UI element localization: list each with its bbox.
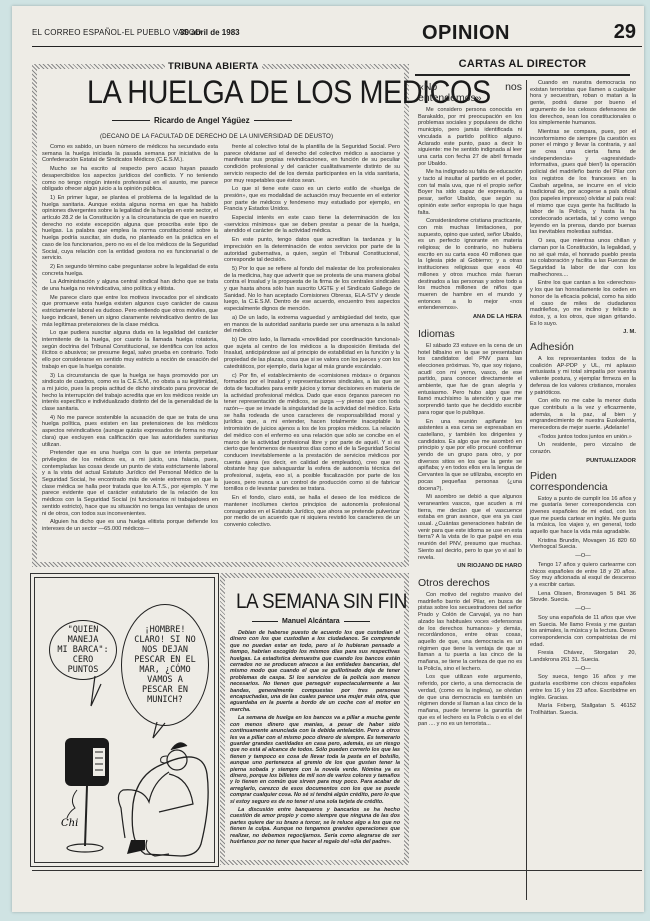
paragraph: Entre los que cantan a los «derechos» y … [530,280,636,327]
paragraph: Lena Olssen, Bronsvagen 5 841 36 Stovde.… [530,591,636,604]
paragraph: La semana de huelga en los bancos va a p… [230,715,400,805]
semana-body: Debían de haberse puesto de acuerdo los … [230,630,400,856]
paragraph: b) De otro lado, la llamada «movilidad p… [224,337,400,371]
paragraph: María Friberg, Stallgatan 5. 46152 Troll… [530,703,636,716]
tribuna-column-1: Como es sabido, un buen número de médico… [42,144,218,558]
paragraph: En una reunión apiñante los asistentes a… [418,419,522,493]
tribuna-byline: Ricardo de Angel Yágüez [112,116,292,125]
cartas-column-1: «No nos entendemos» Me considero persona… [418,80,522,902]
paragraph: 5) Por lo que se refiere al fondo del ma… [224,266,400,313]
separator: —O— [530,666,636,673]
masthead: EL CORREO ESPAÑOL-EL PUEBLO VASCO 30 abr… [32,20,642,47]
page-number: 29 [614,21,636,44]
paragraph: Estoy a punto de cumplir los 16 años y m… [530,496,636,536]
publication-date: 30 abril de 1983 [180,28,240,37]
author-name: Manuel Alcántara [282,618,340,625]
paragraph: La Administración y alguna central sindi… [42,279,218,292]
cartoonist-signature: Chi [61,818,78,829]
letter-signature: PUNTUALIZADOR [530,458,636,465]
paragraph: Me parece claro que entre los motivos in… [42,295,218,329]
paragraph: A los representantes todos de la coalici… [530,356,636,396]
letter-heading: Piden correspondencia [530,471,636,493]
paper-name: EL CORREO ESPAÑOL-EL PUEBLO VASCO [32,28,201,37]
paragraph: Kristina Brundin, Movagen 16 820 60 Vter… [530,538,636,551]
cartas-column-2: Cuando en nuestra democracia no existan … [530,80,636,902]
paragraph: Cuando en nuestra democracia no existan … [530,80,636,127]
paragraph: 1) En primer lugar, se plantea el proble… [42,195,218,262]
paragraph: Mi asombro se debió a que algunos verane… [418,494,522,561]
paragraph: Me considero persona conocida en Barakal… [418,107,522,167]
paragraph: a) De un lado, la extrema vaguedad y amb… [224,315,400,335]
paragraph: Considerándome cristiana practicante, co… [418,218,522,312]
paragraph: frente al colectivo total de la plantill… [224,144,400,184]
paragraph: Un residente, pero vizcaíno de corazón. [530,442,636,455]
newspaper-page: EL CORREO ESPAÑOL-EL PUEBLO VASCO 30 abr… [12,6,644,912]
paragraph: 2) En segundo término cabe preguntarse s… [42,264,218,277]
semana-byline: Manuel Alcántara [252,618,370,625]
paragraph: «Todos juntos todos juntos en unión.» [530,434,636,441]
paragraph: Alguien ha dicho que es una huelga eliti… [42,519,218,532]
letter-signature: ANA DE LA HERA [418,314,522,321]
paragraph: En este punto, tengo datos que acreditan… [224,237,400,264]
paragraph: El sábado 23 estuve en la cena de un hot… [418,343,522,417]
paragraph: O sea, que mientras unos chillan y clama… [530,238,636,278]
paragraph: Fresia Chávez, Storgatan 20, Landskrona … [530,650,636,663]
tribuna-kicker: TRIBUNA ABIERTA [165,61,262,72]
paragraph: Tengo 17 años y quiero cartearme con chi… [530,562,636,589]
cartas-title: CARTAS AL DIRECTOR [415,58,630,70]
paragraph: Con ello no me cabe la menor duda que co… [530,398,636,432]
semana-headline: LA SEMANA SIN FIN [236,590,407,614]
paragraph: Mucho se ha escrito al respecto pero aca… [42,166,218,193]
letter-heading: Otros derechos [418,578,522,589]
page-bottom-rule [32,870,642,871]
paragraph: Soy una española de 11 años que vive en … [530,615,636,649]
paragraph: La discusión entre banqueros y bancarios… [230,807,400,845]
cartas-rule [415,74,630,76]
byline-rule-right [254,120,292,121]
paragraph: Soy sueca, tengo 16 años y me gustaría e… [530,674,636,701]
paragraph: Especial interés en este caso tiene la d… [224,215,400,235]
paragraph: 4) No me parece sostenible la acusación … [42,415,218,449]
paragraph: Me ha indignado su falta de educación y … [418,169,522,216]
paragraph: Debían de haberse puesto de acuerdo los … [230,630,400,713]
paragraph: Lo que pudiera suscitar alguna duda es l… [42,330,218,370]
byline-rule-left [252,621,278,622]
letter-heading: Idiomas [418,329,522,340]
letter-signature: J. M. [530,329,636,336]
paragraph: c) Por fin, el establecimiento de «comis… [224,373,400,494]
paragraph: Mientras se compara, pues, por el inconf… [530,129,636,236]
letter-heading: «No nos entendemos» [418,82,522,104]
separator: —O— [530,606,636,613]
paragraph: Los que utilizan este argumento, referid… [418,674,522,728]
paragraph: Con motivo del registro masivo del madri… [418,592,522,672]
paragraph: Pretender que es una huelga con la que s… [42,450,218,517]
letter-heading: Adhesión [530,342,636,353]
cartoon-drawing: Chi [35,578,214,862]
byline-rule-right [344,621,370,622]
letter-signature: UN RIOJANO DE HARO [418,563,522,570]
byline-rule-left [112,120,150,121]
author-name: Ricardo de Angel Yágüez [154,116,250,125]
paragraph: En el fondo, claro está, se halla el des… [224,495,400,529]
paragraph: Como es sabido, un buen número de médico… [42,144,218,164]
section-title: OPINION [422,22,510,45]
separator: —O— [530,553,636,560]
cartoon: "QUIEN MANEJA MI BARCA": CERO PUNTOS ¡HO… [34,577,215,863]
column-divider [526,80,527,900]
tribuna-column-2: frente al colectivo total de la plantill… [224,144,400,558]
paragraph: Lo que sí tiene este caso es un cierto e… [224,186,400,213]
paragraph: 3) La circunstancia de que la huelga se … [42,373,218,413]
author-affiliation: (DECANO DE LA FACULTAD DE DERECHO DE LA … [100,133,333,140]
